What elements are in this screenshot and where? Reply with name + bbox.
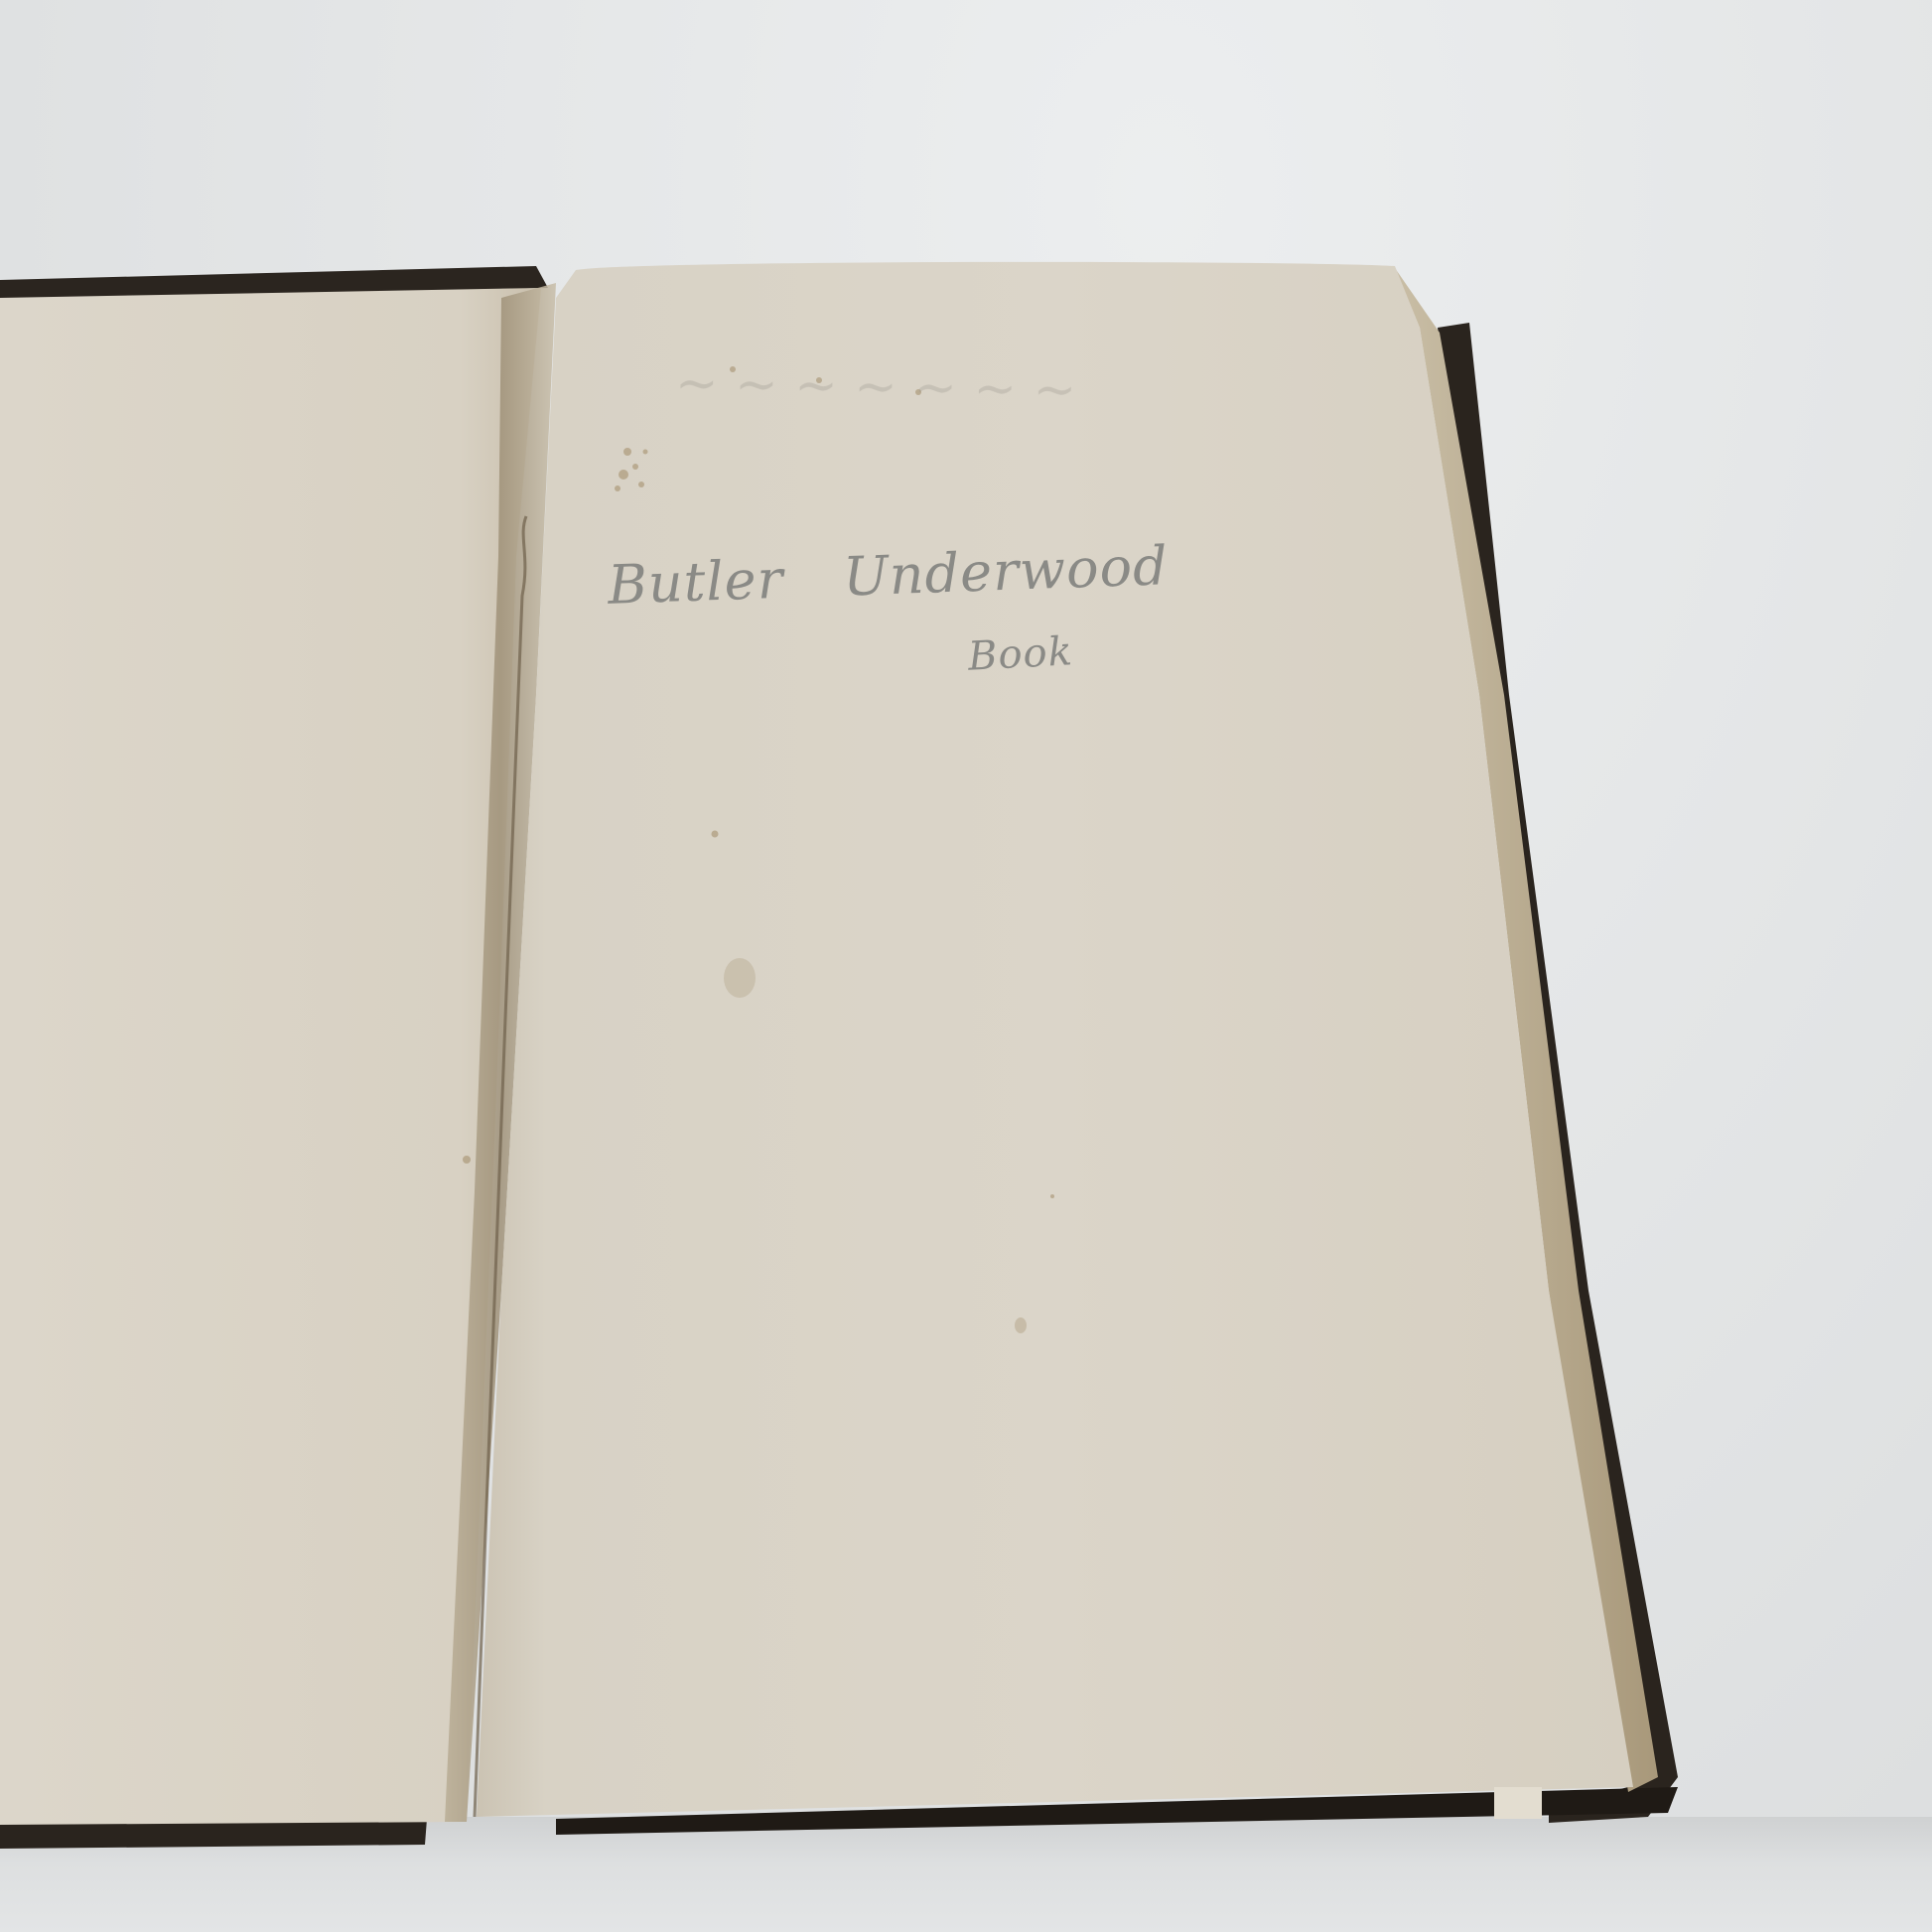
photo-scene: ~ ~ ~ ~ ~ ~ ~ ButlerUnderwood Book: [0, 0, 1932, 1932]
loose-slip: [1494, 1787, 1542, 1819]
erased-inscription: ~ ~ ~ ~ ~ ~ ~: [675, 353, 1077, 420]
inscription-first-name: Butler: [607, 548, 784, 617]
pencil-inscription-book: Book: [967, 628, 1074, 679]
open-book: [0, 0, 1932, 1932]
inscription-last-name: Underwood: [842, 534, 1169, 608]
